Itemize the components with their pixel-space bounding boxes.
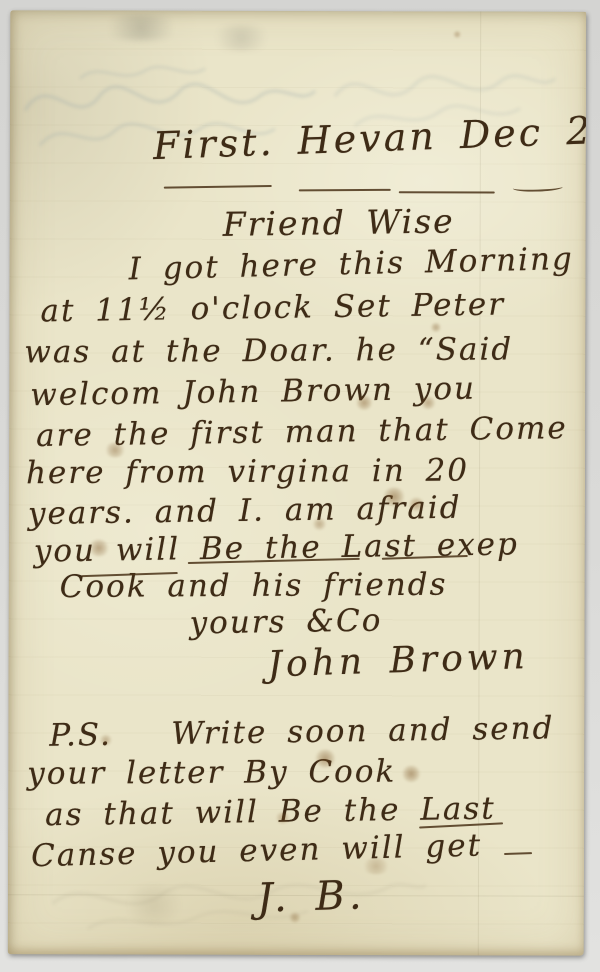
line-body-1: I got here this Morning: [128, 241, 574, 287]
line-body-9: Cook and his friends: [60, 567, 448, 605]
scanner-background: { "document": { "kind": "scanned handwri…: [0, 0, 600, 972]
ink-stain: [401, 765, 421, 782]
line-closing: yours &Co: [189, 603, 382, 642]
edge-smudge: [206, 25, 276, 51]
pen-dash-after-get: [504, 852, 532, 855]
ink-stain: [88, 539, 110, 556]
ink-stain: [289, 912, 301, 923]
ink-stain: [420, 396, 436, 409]
line-body-4: welcom John Brown you: [30, 371, 476, 414]
line-initials: J. B.: [256, 872, 366, 921]
edge-smudge: [119, 885, 189, 925]
ink-stain: [314, 749, 336, 768]
ink-stain: [275, 812, 290, 824]
line-signature: John Brown: [267, 636, 529, 685]
letter-paper: First. Hevan Dec 2 Friend Wise I got her…: [8, 10, 586, 956]
ink-stain: [430, 322, 441, 332]
ink-stain: [99, 734, 112, 745]
ink-stain: [104, 442, 126, 457]
ink-stain: [382, 487, 406, 506]
line-body-6: here from virgina in 20: [26, 453, 469, 492]
pen-underline-dateline-1: [164, 185, 272, 189]
pen-underline-dateline-tilde: [513, 183, 563, 193]
ink-stain: [355, 395, 373, 410]
pen-underline-dateline-2: [299, 189, 391, 192]
ink-stain: [453, 30, 461, 38]
ink-stain: [408, 497, 425, 511]
line-ps-1: P.S. Write soon and send: [49, 710, 555, 753]
pen-underline-dateline-3: [399, 191, 495, 193]
ink-stain: [312, 518, 327, 530]
line-salutation: Friend Wise: [222, 201, 455, 243]
line-ps-2: your letter By Cook: [27, 754, 396, 792]
ink-stain: [361, 858, 391, 874]
line-body-3: was at the Doar. he “Said: [24, 331, 513, 370]
edge-smudge: [96, 14, 186, 40]
